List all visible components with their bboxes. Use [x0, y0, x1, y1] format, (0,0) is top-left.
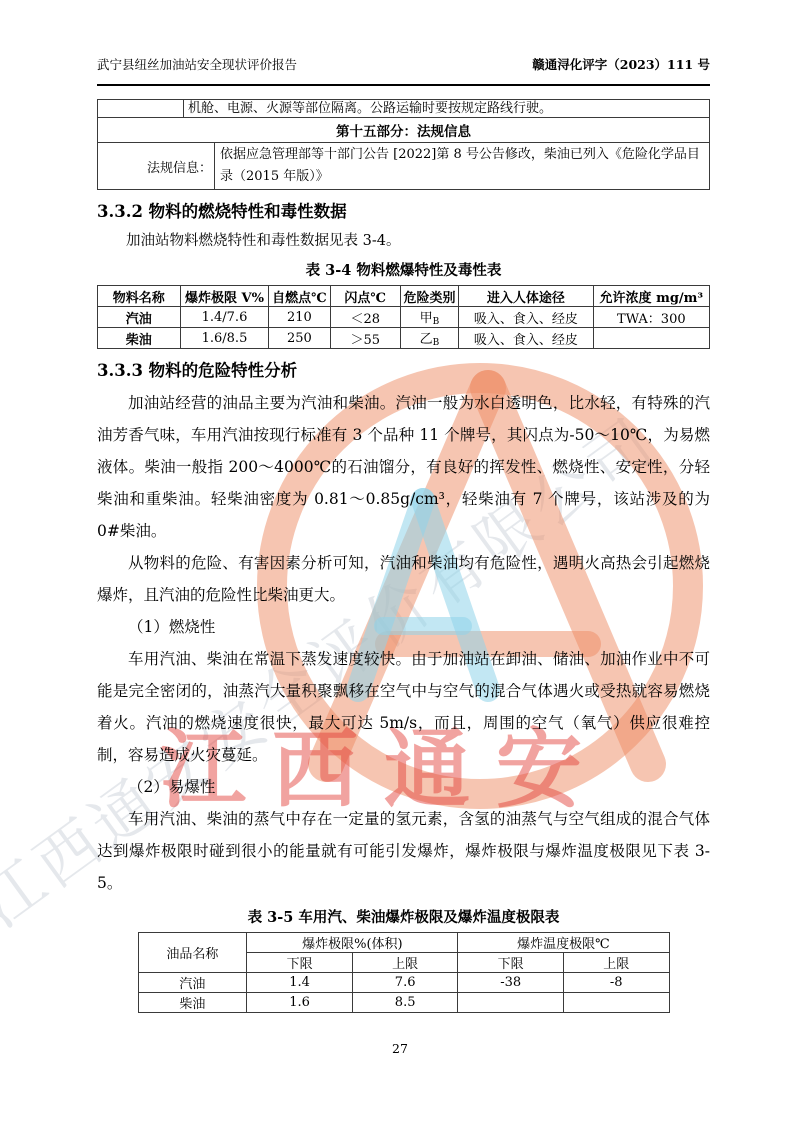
msds-transport-text: 机舱、电源、火源等部位隔离。公路运输时要按规定路线行驶。	[184, 100, 709, 117]
page-content: 武宁县纽丝加油站安全现状评价报告 赣通浔化评字（2023）111 号 机舱、电源…	[97, 55, 710, 1013]
document-page: 江西通安安全评价有限公司 江西通安 武宁县纽丝加油站安全现状评价报告 赣通浔化评…	[0, 0, 800, 1131]
cell-oil-name: 汽油	[138, 973, 247, 993]
cell-el-upper: 8.5	[352, 993, 458, 1013]
cell-el-upper: 7.6	[352, 973, 458, 993]
group-header-explosion-limit: 爆炸极限%(体积)	[247, 933, 458, 953]
cell-hazard-class: 乙B	[400, 328, 458, 349]
cell-body-entry: 吸入、食入、经皮	[459, 328, 594, 349]
paragraph-explosiveness-detail: 车用汽油、柴油的蒸气中存在一定量的氢元素，含氢的油蒸气与空气组成的混合气体达到爆…	[97, 803, 710, 899]
table-3-4-caption: 表 3-4 物料燃爆特性及毒性表	[97, 261, 710, 280]
group-header-explosion-temperature: 爆炸温度极限℃	[458, 933, 669, 953]
col-header-explosion-limit: 爆炸极限 V%	[180, 286, 269, 307]
hazard-class-main: 甲	[420, 311, 433, 326]
table-3-5-header-row-1: 油品名称 爆炸极限%(体积) 爆炸温度极限℃	[138, 933, 669, 953]
cell-material-name: 汽油	[98, 307, 181, 328]
cell-et-lower	[458, 993, 564, 1013]
sub-header-el-upper: 上限	[352, 953, 458, 973]
cell-et-upper	[563, 993, 669, 1013]
col-header-flash-point: 闪点℃	[330, 286, 400, 307]
paragraph-combustibility-detail: 车用汽油、柴油在常温下蒸发速度较快。由于加油站在卸油、储油、加油作业中不可能是完…	[97, 643, 710, 771]
table-3-5: 油品名称 爆炸极限%(体积) 爆炸温度极限℃ 下限 上限 下限 上限 汽油 1.…	[138, 932, 670, 1013]
section-3-3-2-heading: 3.3.2 物料的燃烧特性和毒性数据	[97, 201, 710, 222]
cell-el-lower: 1.4	[247, 973, 353, 993]
cell-hazard-class: 甲B	[400, 307, 458, 328]
sub-header-et-upper: 上限	[563, 953, 669, 973]
cell-flash-point: ＞55	[330, 328, 400, 349]
msds-transport-row: 机舱、电源、火源等部位隔离。公路运输时要按规定路线行驶。	[98, 100, 709, 117]
cell-oil-name: 柴油	[138, 993, 247, 1013]
col-header-autoignition: 自燃点℃	[269, 286, 330, 307]
msds-regulatory-label: 法规信息：	[98, 143, 215, 189]
table-3-4-header-row: 物料名称 爆炸极限 V% 自燃点℃ 闪点℃ 危险类别 进入人体途径 允许浓度 m…	[98, 286, 710, 307]
msds-continuation-table: 机舱、电源、火源等部位隔离。公路运输时要按规定路线行驶。 第十五部分：法规信息 …	[97, 99, 710, 190]
table-row-diesel: 柴油 1.6 8.5	[138, 993, 669, 1013]
cell-material-name: 柴油	[98, 328, 181, 349]
cell-explosion-limit: 1.6/8.5	[180, 328, 269, 349]
paragraph-hazard-summary: 从物料的危险、有害因素分析可知，汽油和柴油均有危险性，遇明火高热会引起燃烧爆炸，…	[97, 547, 710, 611]
cell-allowed-conc: TWA：300	[593, 307, 709, 328]
sub-header-et-lower: 下限	[458, 953, 564, 973]
section-3-3-3-heading: 3.3.3 物料的危险特性分析	[97, 360, 710, 381]
cell-autoignition: 210	[269, 307, 330, 328]
section-3-3-2-intro: 加油站物料燃烧特性和毒性数据见表 3-4。	[97, 230, 710, 252]
cell-el-lower: 1.6	[247, 993, 353, 1013]
cell-flash-point: ＜28	[330, 307, 400, 328]
report-title: 武宁县纽丝加油站安全现状评价报告	[97, 55, 297, 73]
hazard-class-main: 乙	[420, 332, 433, 347]
document-number: 赣通浔化评字（2023）111 号	[532, 55, 710, 73]
col-header-oil-name: 油品名称	[138, 933, 247, 973]
msds-transport-label-cell	[98, 100, 184, 117]
table-3-4: 物料名称 爆炸极限 V% 自燃点℃ 闪点℃ 危险类别 进入人体途径 允许浓度 m…	[97, 285, 710, 349]
list-item-explosiveness: （2）易爆性	[97, 771, 710, 803]
cell-body-entry: 吸入、食入、经皮	[459, 307, 594, 328]
sub-header-el-lower: 下限	[247, 953, 353, 973]
col-header-material-name: 物料名称	[98, 286, 181, 307]
table-row-diesel: 柴油 1.6/8.5 250 ＞55 乙B 吸入、食入、经皮	[98, 328, 710, 349]
cell-autoignition: 250	[269, 328, 330, 349]
cell-et-lower: -38	[458, 973, 564, 993]
col-header-body-entry: 进入人体途径	[459, 286, 594, 307]
msds-section15-header: 第十五部分：法规信息	[98, 117, 709, 142]
document-header: 武宁县纽丝加油站安全现状评价报告 赣通浔化评字（2023）111 号	[97, 55, 710, 86]
msds-regulatory-row: 法规信息： 依据应急管理部等十部门公告 [2022]第 8 号公告修改，柴油已列…	[98, 142, 709, 189]
page-number: 27	[0, 1041, 800, 1056]
table-row-gasoline: 汽油 1.4/7.6 210 ＜28 甲B 吸入、食入、经皮 TWA：300	[98, 307, 710, 328]
hazard-class-sub: B	[433, 338, 440, 348]
col-header-allowed-conc: 允许浓度 mg/m³	[593, 286, 709, 307]
hazard-class-sub: B	[433, 317, 440, 327]
msds-regulatory-text: 依据应急管理部等十部门公告 [2022]第 8 号公告修改，柴油已列入《危险化学…	[215, 143, 709, 189]
cell-et-upper: -8	[563, 973, 669, 993]
cell-allowed-conc	[593, 328, 709, 349]
section-3-3-3-body: 加油站经营的油品主要为汽油和柴油。汽油一般为水白透明色，比水轻，有特殊的汽油芳香…	[97, 387, 710, 899]
table-row-gasoline: 汽油 1.4 7.6 -38 -8	[138, 973, 669, 993]
table-3-5-caption: 表 3-5 车用汽、柴油爆炸极限及爆炸温度极限表	[97, 908, 710, 927]
col-header-hazard-class: 危险类别	[400, 286, 458, 307]
list-item-combustibility: （1）燃烧性	[97, 611, 710, 643]
paragraph-oil-properties: 加油站经营的油品主要为汽油和柴油。汽油一般为水白透明色，比水轻，有特殊的汽油芳香…	[97, 387, 710, 547]
cell-explosion-limit: 1.4/7.6	[180, 307, 269, 328]
